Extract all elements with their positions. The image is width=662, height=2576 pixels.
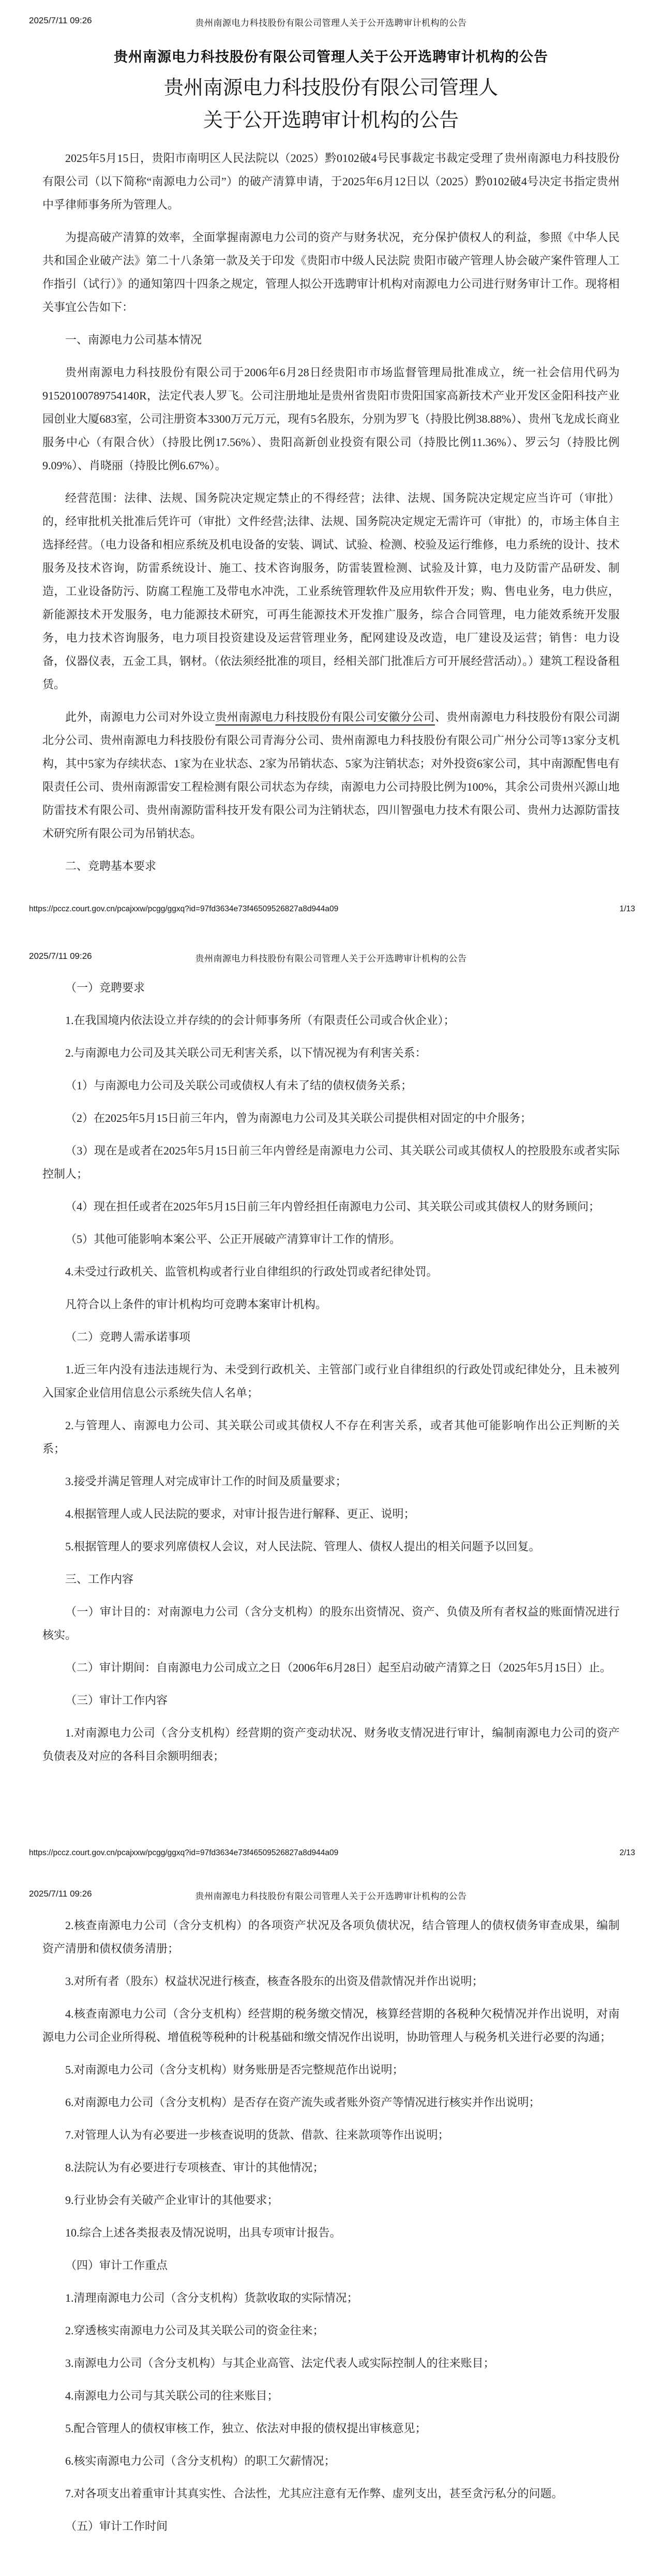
header-timestamp: 2025/7/11 09:26 — [29, 951, 92, 961]
paragraph: （1）与南源电力公司及关联公司或债权人有未了结的债权债务关系； — [42, 1074, 620, 1097]
header-doc-title: 贵州南源电力科技股份有限公司管理人关于公开选聘审计机构的公告 — [0, 951, 662, 964]
paragraph: （三）审计工作内容 — [42, 1689, 620, 1712]
header-timestamp: 2025/7/11 09:26 — [29, 1889, 92, 1899]
footer-url: https://pccz.court.gov.cn/pcajxxw/pcgg/g… — [29, 905, 338, 914]
paragraph: 6.对南源电力公司（含分支机构）是否存在资产流失或者账外资产等情况进行核实并作出… — [42, 2091, 620, 2114]
paragraph: （一）竞聘要求 — [42, 976, 620, 999]
paragraph: 5.配合管理人的债权审核工作，独立、依法对申报的债权提出审核意见； — [42, 2417, 620, 2440]
page-1: 2025/7/11 09:26 贵州南源电力科技股份有限公司管理人关于公开选聘审… — [0, 0, 662, 936]
paragraph: 为提高破产清算的效率，全面掌握南源电力公司的资产与财务状况，充分保护债权人的利益… — [42, 226, 620, 319]
paragraph: 1.近三年内没有违法违规行为、未受到行政机关、主管部门或行业自律组织的行政处罚或… — [42, 1358, 620, 1404]
header-doc-title: 贵州南源电力科技股份有限公司管理人关于公开选聘审计机构的公告 — [0, 16, 662, 28]
paragraph: 1.对南源电力公司（含分支机构）经营期的资产变动状况、财务收支情况进行审计，编制… — [42, 1721, 620, 1768]
paragraph: 2.与管理人、南源电力公司、其关联公司或其债权人不存在利害关系，或者其他可能影响… — [42, 1414, 620, 1460]
paragraph: 3.南源电力公司（含分支机构）与其企业高管、法定代表人或实际控制人的往来账目； — [42, 2351, 620, 2375]
page-header: 2025/7/11 09:26 贵州南源电力科技股份有限公司管理人关于公开选聘审… — [0, 1873, 662, 1900]
paragraph: （二）审计期间：自南源电力公司成立之日（2006年6月28日）起至启动破产清算之… — [42, 1656, 620, 1679]
paragraph: 7.对各项支出着重审计其真实性、合法性，尤其应注意有无作弊、虚列支出，甚至贪污私… — [42, 2482, 620, 2505]
paragraph: 2.与南源电力公司及其关联公司无利害关系，以下情况视为有利害关系： — [42, 1041, 620, 1064]
page-header: 2025/7/11 09:26 贵州南源电力科技股份有限公司管理人关于公开选聘审… — [0, 0, 662, 27]
header-timestamp: 2025/7/11 09:26 — [29, 16, 92, 26]
paragraph: 三、工作内容 — [42, 1567, 620, 1591]
paragraph: （3）现在是或者在2025年5月15日前三年内曾经是南源电力公司、其关联公司或其… — [42, 1139, 620, 1186]
footer-url: https://pccz.court.gov.cn/pcajxxw/pcgg/g… — [29, 1848, 338, 1858]
paragraph: 7.对管理人认为有必要进一步核查说明的货款、借款、往来款项等作出说明； — [42, 2123, 620, 2146]
paragraph-text: 、贵州南源电力科技股份有限公司湖北分公司、贵州南源电力科技股份有限公司青海分公司… — [42, 710, 620, 840]
page-body: 2025年5月15日，贵阳市南明区人民法院以（2025）黔0102破4号民事裁定… — [42, 146, 620, 878]
announcement-title-bold: 贵州南源电力科技股份有限公司管理人关于公开选聘审计机构的公告 — [21, 46, 641, 66]
paragraph: 5.根据管理人的要求列席债权人会议，对人民法院、管理人、债权人提出的相关问题予以… — [42, 1535, 620, 1558]
paragraph: 8.法院认为有必要进行专项核查、审计的其他情况； — [42, 2156, 620, 2179]
header-doc-title: 贵州南源电力科技股份有限公司管理人关于公开选聘审计机构的公告 — [0, 1889, 662, 1902]
paragraph: 9.行业协会有关破产企业审计的其他要求； — [42, 2188, 620, 2212]
underlined-company-name: 贵州南源电力科技股份有限公司安徽分公司 — [215, 710, 434, 723]
footer-page-number: 1/13 — [620, 905, 635, 914]
paragraph: 一、南源电力公司基本情况 — [42, 328, 620, 351]
paragraph: 1.清理南源电力公司（含分支机构）货款收取的实际情况； — [42, 2286, 620, 2309]
announcement-title-line1: 贵州南源电力科技股份有限公司管理人 — [21, 72, 641, 105]
page-footer: https://pccz.court.gov.cn/pcajxxw/pcgg/g… — [29, 1848, 635, 1858]
paragraph: 6.核实南源电力公司（含分支机构）的职工欠薪情况； — [42, 2449, 620, 2473]
paragraph: 2.穿透核实南源电力公司及其关联公司的资金往来； — [42, 2319, 620, 2342]
paragraph: 2.核查南源电力公司（含分支机构）的各项资产状况及各项负债状况，结合管理人的债权… — [42, 1914, 620, 1960]
paragraph: （2）在2025年5月15日前三年内，曾为南源电力公司及其关联公司提供相对固定的… — [42, 1106, 620, 1130]
paragraph: （一）审计目的：对南源电力公司（含分支机构）的股东出资情况、资产、负债及所有者权… — [42, 1600, 620, 1647]
paragraph: （四）审计工作重点 — [42, 2254, 620, 2277]
page-2: 2025/7/11 09:26 贵州南源电力科技股份有限公司管理人关于公开选聘审… — [0, 936, 662, 1873]
paragraph: 此外，南源电力公司对外设立贵州南源电力科技股份有限公司安徽分公司、贵州南源电力科… — [42, 705, 620, 845]
paragraph: 3.对所有者（股东）权益状况进行核查，核查各股东的出资及借款情况并作出说明； — [42, 1970, 620, 1993]
page-header: 2025/7/11 09:26 贵州南源电力科技股份有限公司管理人关于公开选聘审… — [0, 936, 662, 963]
announcement-title-main: 贵州南源电力科技股份有限公司管理人 关于公开选聘审计机构的公告 — [21, 72, 641, 137]
paragraph: 4.根据管理人或人民法院的要求，对审计报告进行解释、更正、说明； — [42, 1502, 620, 1526]
paragraph: 经营范围：法律、法规、国务院决定规定禁止的不得经营；法律、法规、国务院决定规定应… — [42, 486, 620, 696]
paragraph-text: 此外，南源电力公司对外设立 — [65, 710, 215, 723]
paragraph: 2025年5月15日，贵阳市南明区人民法院以（2025）黔0102破4号民事裁定… — [42, 146, 620, 216]
print-preview-document: 2025/7/11 09:26 贵州南源电力科技股份有限公司管理人关于公开选聘审… — [0, 0, 662, 2576]
paragraph: 3.接受并满足管理人对完成审计工作的时间及质量要求； — [42, 1470, 620, 1493]
paragraph: （5）其他可能影响本案公平、公正开展破产清算审计工作的情形。 — [42, 1227, 620, 1251]
page-body: 2.核查南源电力公司（含分支机构）的各项资产状况及各项负债状况，结合管理人的债权… — [42, 1914, 620, 2538]
paragraph: 凡符合以上条件的审计机构均可竞聘本案审计机构。 — [42, 1293, 620, 1316]
page-body: （一）竞聘要求1.在我国境内依法设立并存续的的会计师事务所（有限责任公司或合伙企… — [42, 976, 620, 1768]
footer-page-number: 2/13 — [620, 1848, 635, 1858]
paragraph: 二、竞聘基本要求 — [42, 854, 620, 878]
paragraph: 4.核查南源电力公司（含分支机构）经营期的税务缴交情况，核算经营期的各税种欠税情… — [42, 2002, 620, 2049]
paragraph: （五）审计工作时间 — [42, 2514, 620, 2538]
paragraph: 5.对南源电力公司（含分支机构）财务账册是否完整规范作出说明； — [42, 2058, 620, 2081]
paragraph: 10.综合上述各类报表及情况说明，出具专项审计报告。 — [42, 2221, 620, 2244]
paragraph: （二）竞聘人需承诺事项 — [42, 1325, 620, 1349]
paragraph: 4.未受过行政机关、监管机构或者行业自律组织的行政处罚或者纪律处罚。 — [42, 1260, 620, 1283]
paragraph: 贵州南源电力科技股份有限公司于2006年6月28日经贵阳市市场监督管理局批准成立… — [42, 361, 620, 477]
page-footer: https://pccz.court.gov.cn/pcajxxw/pcgg/g… — [29, 905, 635, 914]
paragraph: （4）现在担任或者在2025年5月15日前三年内曾经担任南源电力公司、其关联公司… — [42, 1195, 620, 1218]
paragraph: 4.南源电力公司与其关联公司的往来账目； — [42, 2384, 620, 2407]
paragraph: 1.在我国境内依法设立并存续的的会计师事务所（有限责任公司或合伙企业）； — [42, 1009, 620, 1032]
page-3: 2025/7/11 09:26 贵州南源电力科技股份有限公司管理人关于公开选聘审… — [0, 1873, 662, 2576]
announcement-title-line2: 关于公开选聘审计机构的公告 — [21, 105, 641, 137]
